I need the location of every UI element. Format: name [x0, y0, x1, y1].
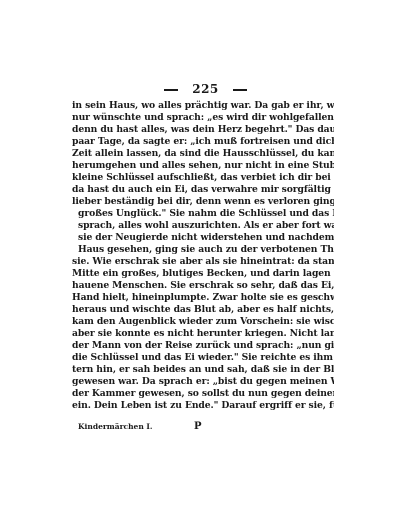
- text-line: ein. Dein Leben ist zu Ende." Darauf erg…: [72, 400, 334, 412]
- text-line: nur wünschte und sprach: „es wird dir wo…: [72, 112, 334, 124]
- text-line: Hand hielt, hineinplumpte. Zwar holte si…: [72, 292, 334, 304]
- text-line: lieber beständig bei dir, denn wenn es v…: [72, 196, 334, 208]
- page-footer: Kindermärchen I. P: [78, 421, 338, 433]
- header-dash-left: [164, 89, 178, 91]
- page-number: 225: [192, 82, 219, 96]
- page-header: 225: [0, 82, 411, 96]
- text-line: in sein Haus, wo alles prächtig war. Da …: [72, 100, 334, 112]
- text-line: großes Unglück." Sie nahm die Schlüssel …: [72, 208, 334, 220]
- text-line: der Kammer gewesen, so sollst du nun geg…: [72, 388, 334, 400]
- text-line: die Schlüssel und das Ei wieder." Sie re…: [72, 352, 334, 364]
- text-line: Haus gesehen, ging sie auch zu der verbo…: [72, 244, 334, 256]
- text-line: paar Tage, da sagte er: „ich muß fortrei…: [72, 136, 334, 148]
- text-line: kleine Schlüssel aufschließt, das verbie…: [72, 172, 334, 184]
- text-line: gewesen war. Da sprach er: „bist du gege…: [72, 376, 334, 388]
- text-line: denn du hast alles, was dein Herz begehr…: [72, 124, 334, 136]
- signature-title: Kindermärchen I.: [78, 421, 153, 433]
- text-line: da hast du auch ein Ei, das verwahre mir…: [72, 184, 334, 196]
- text-line: sie der Neugierde nicht widerstehen und …: [72, 232, 334, 244]
- text-line: sie. Wie erschrak sie aber als sie hinei…: [72, 256, 334, 268]
- signature-mark: P: [194, 421, 202, 433]
- text-line: aber sie konnte es nicht herunter kriege…: [72, 328, 334, 340]
- text-line: Zeit allein lassen, da sind die Hausschl…: [72, 148, 334, 160]
- text-line: herumgehen und alles sehen, nur nicht in…: [72, 160, 334, 172]
- text-line: Mitte ein großes, blutiges Becken, und d…: [72, 268, 334, 280]
- text-line: sprach, alles wohl auszurichten. Als er …: [72, 220, 334, 232]
- text-line: der Mann von der Reise zurück und sprach…: [72, 340, 334, 352]
- text-line: kam den Augenblick wieder zum Vorschein:…: [72, 316, 334, 328]
- body-text: in sein Haus, wo alles prächtig war. Da …: [72, 100, 334, 412]
- header-dash-right: [233, 89, 247, 91]
- text-line: hauene Menschen. Sie erschrak so sehr, d…: [72, 280, 334, 292]
- text-line: heraus und wischte das Blut ab, aber es …: [72, 304, 334, 316]
- text-line: tern hin, er sah beides an und sah, daß …: [72, 364, 334, 376]
- book-page: 225 in sein Haus, wo alles prächtig war.…: [0, 0, 411, 512]
